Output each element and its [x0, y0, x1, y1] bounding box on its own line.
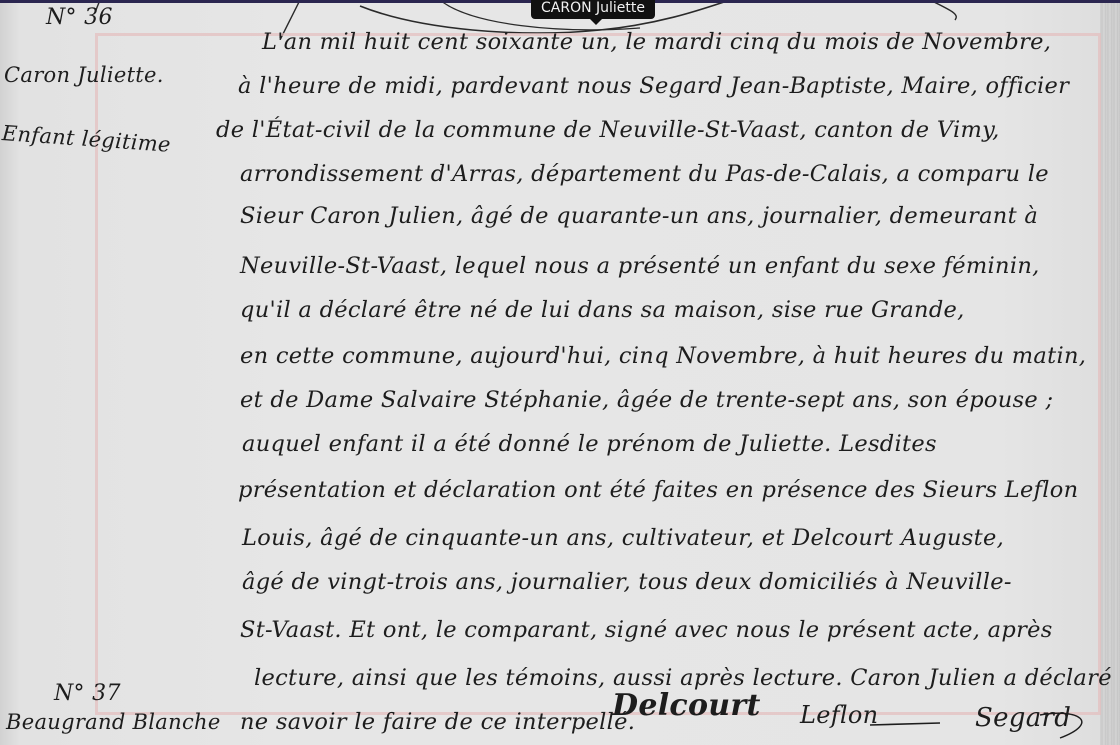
record-text-line-16: ne savoir le faire de ce interpellé.: [240, 709, 635, 735]
document-image-viewer[interactable]: N° 36 Caron Juliette. Enfant légitime N°…: [0, 3, 1120, 745]
record-text-line-13: âgé de vingt-trois ans, journalier, tous…: [242, 569, 1012, 595]
page-binding-edge: [1100, 3, 1120, 745]
record-text-line-1: L'an mil huit cent soixante un, le mardi…: [262, 29, 1051, 55]
margin-name-beaugrand-blanche: Beaugrand Blanche: [6, 710, 221, 734]
margin-name-caron-juliette: Caron Juliette.: [4, 63, 164, 87]
record-text-line-5: Sieur Caron Julien, âgé de quarante-un a…: [240, 203, 1038, 229]
record-name-tooltip: CARON Juliette: [531, 0, 655, 19]
record-text-line-6: Neuville-St-Vaast, lequel nous a présent…: [240, 253, 1040, 279]
record-text-line-7: qu'il a déclaré être né de lui dans sa m…: [240, 297, 965, 323]
record-text-line-3: de l'État-civil de la commune de Neuvill…: [216, 117, 1000, 143]
signature-segard: Segard: [975, 703, 1071, 733]
record-text-line-10: auquel enfant il a été donné le prénom d…: [242, 431, 937, 457]
record-number-36: N° 36: [46, 5, 113, 30]
record-text-line-12: Louis, âgé de cinquante-un ans, cultivat…: [242, 525, 1004, 551]
record-text-line-14: St-Vaast. Et ont, le comparant, signé av…: [240, 617, 1053, 643]
signature-delcourt: Delcourt: [612, 688, 761, 723]
record-number-37: N° 37: [54, 681, 121, 706]
record-text-line-9: et de Dame Salvaire Stéphanie, âgée de t…: [240, 387, 1053, 413]
page-left-shadow: [0, 3, 20, 745]
record-text-line-8: en cette commune, aujourd'hui, cinq Nove…: [240, 343, 1086, 369]
record-text-line-4: arrondissement d'Arras, département du P…: [240, 161, 1049, 187]
signature-leflon: Leflon: [800, 701, 878, 729]
record-text-line-2: à l'heure de midi, pardevant nous Segard…: [238, 73, 1069, 99]
record-text-line-11: présentation et déclaration ont été fait…: [238, 477, 1078, 503]
